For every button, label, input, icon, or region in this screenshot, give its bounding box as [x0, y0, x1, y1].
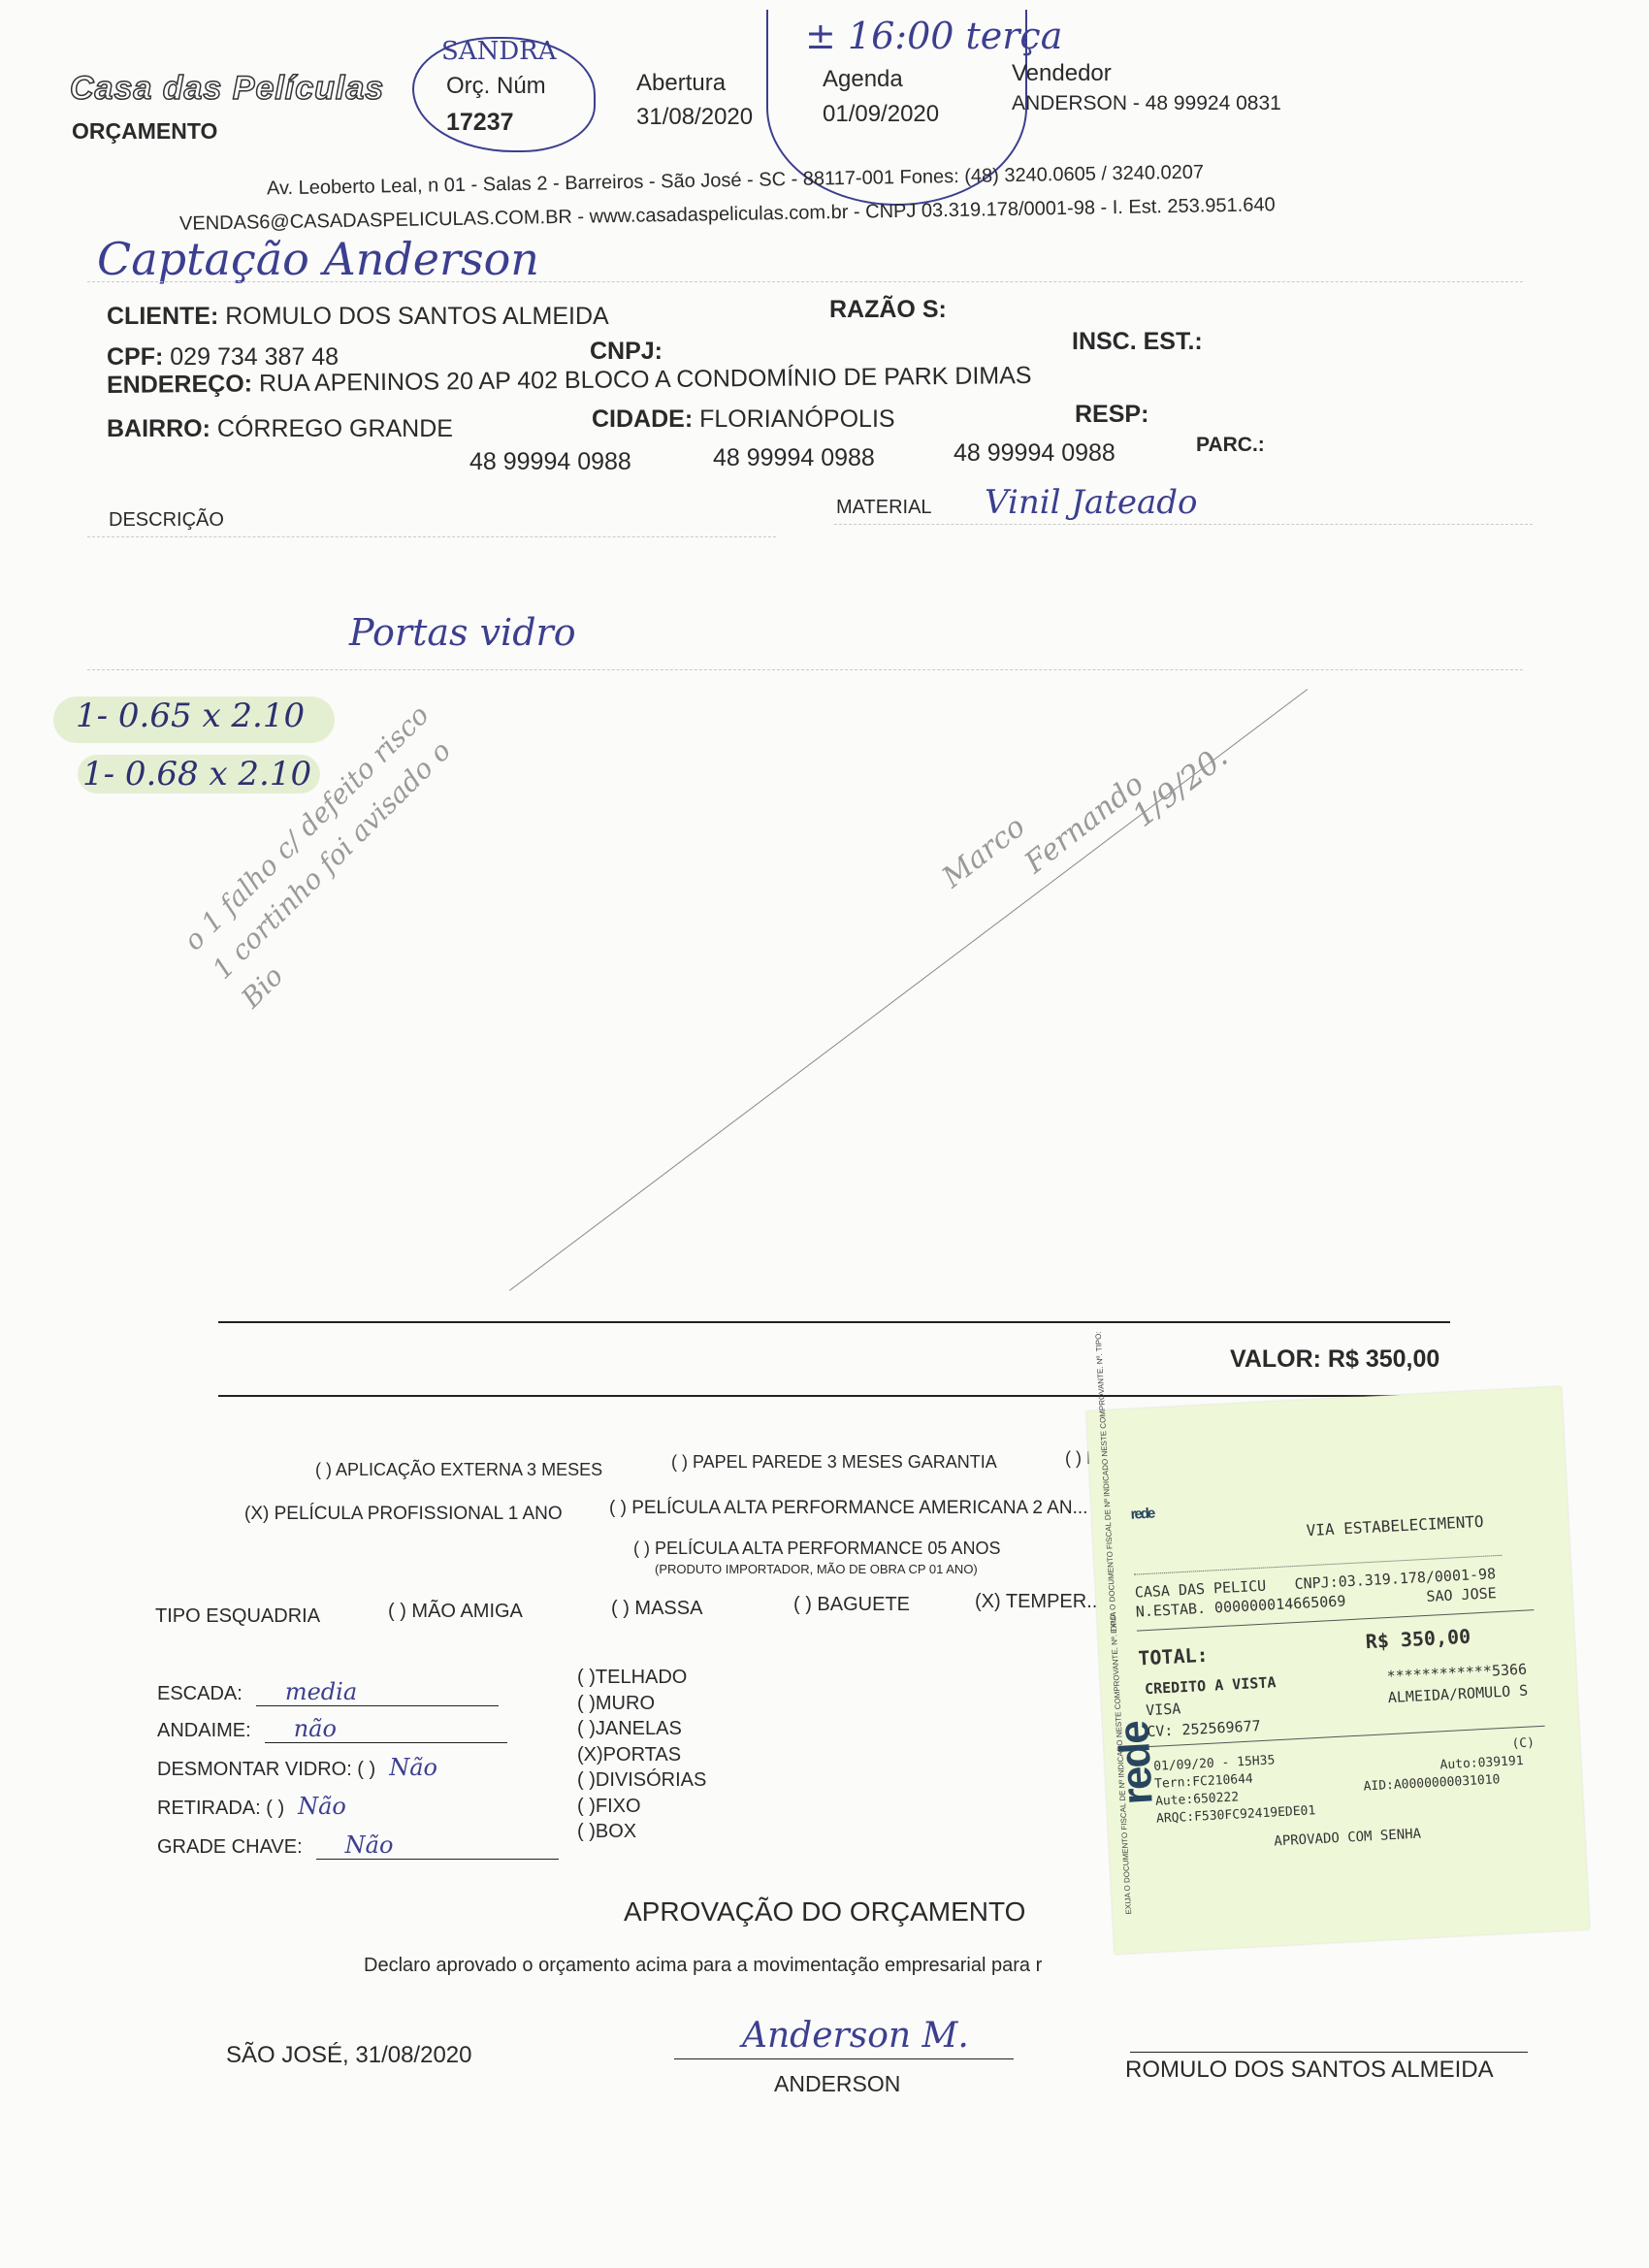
checkbox-mark[interactable]: ( ) [577, 1821, 596, 1842]
option-pelicula-americana[interactable]: ( ) PELÍCULA ALTA PERFORMANCE AMERICANA … [609, 1498, 1087, 1519]
service-field-row: GRADE CHAVE:Não [157, 1831, 559, 1860]
descricao-label: DESCRIÇÃO [109, 509, 224, 532]
divider [218, 1395, 1450, 1397]
diagonal-note-1: Marco [936, 810, 1032, 895]
divider [834, 524, 1533, 525]
receipt-card-number: ************5366 [1386, 1661, 1527, 1686]
cliente-field: CLIENTE: ROMULO DOS SANTOS ALMEIDA [107, 303, 609, 331]
receipt-auto: Auto:039191 [1439, 1754, 1524, 1772]
service-field-value[interactable]: Não [316, 1831, 559, 1860]
approval-declaration: Declaro aprovado o orçamento acima para … [364, 1955, 1042, 1977]
resp-label: RESP: [1075, 401, 1148, 429]
cliente-value: ROMULO DOS SANTOS ALMEIDA [225, 303, 608, 330]
abertura-label: Abertura [636, 70, 726, 97]
seller-signature: Anderson M. [742, 2016, 969, 2056]
cidade-value: FLORIANÓPOLIS [699, 405, 894, 433]
item-line-1: 1- 0.65 x 2.10 [76, 697, 305, 735]
service-field-label: ANDAIME: [157, 1720, 251, 1741]
service-field-value[interactable]: Não [298, 1793, 346, 1820]
signature-line [674, 2058, 1014, 2059]
location-option[interactable]: ( )FIXO [577, 1796, 641, 1818]
location-label: TELHADO [596, 1667, 687, 1688]
cpf-field: CPF: 029 734 387 48 [107, 343, 339, 372]
location-option[interactable]: ( )TELHADO [577, 1667, 687, 1689]
checkbox-mark[interactable]: ( ) [577, 1769, 596, 1791]
handwritten-portas-vidro: Portas vidro [349, 611, 576, 654]
agenda-label: Agenda [823, 66, 903, 93]
checkbox-mark[interactable]: ( ) [577, 1718, 596, 1739]
material-value: Vinil Jateado [985, 483, 1197, 522]
vendedor-value: ANDERSON - 48 99924 0831 [1012, 92, 1281, 115]
location-label: JANELAS [596, 1718, 682, 1739]
receipt-card-brand: VISA [1146, 1700, 1181, 1719]
approval-title: APROVAÇÃO DO ORÇAMENTO [624, 1896, 1025, 1928]
divider [218, 1321, 1450, 1323]
option-pelicula-profissional-checked[interactable]: (X) PELÍCULA PROFISSIONAL 1 ANO [244, 1504, 563, 1525]
service-field-label: ESCADA: [157, 1683, 242, 1704]
esquadria-massa[interactable]: ( ) MASSA [611, 1598, 702, 1620]
location-label: FIXO [596, 1796, 641, 1817]
option-aplicacao-externa[interactable]: ( ) APLICAÇÃO EXTERNA 3 MESES [315, 1460, 602, 1480]
checkbox-mark[interactable]: ( ) [577, 1796, 596, 1817]
receipt-term: Tern:FC210644 [1154, 1772, 1253, 1792]
receipt-via: VIA ESTABELECIMENTO [1306, 1512, 1484, 1540]
service-field-value[interactable]: não [265, 1715, 507, 1743]
receipt-datetime: 01/09/20 - 15H35 [1153, 1753, 1276, 1774]
service-field-row: DESMONTAR VIDRO: ( )Não [157, 1754, 437, 1781]
document-type: ORÇAMENTO [72, 118, 217, 145]
agenda-date: 01/09/2020 [823, 101, 939, 128]
cpf-value: 029 734 387 48 [170, 343, 339, 371]
valor-total: VALOR: R$ 350,00 [1230, 1345, 1439, 1374]
service-field-value[interactable]: media [256, 1678, 499, 1706]
location-option[interactable]: ( )JANELAS [577, 1718, 682, 1740]
razao-social-label: RAZÃO S: [829, 296, 947, 324]
company-logo: Casa das Películas [70, 70, 384, 108]
divider [87, 281, 1523, 282]
client-name: ROMULO DOS SANTOS ALMEIDA [1125, 2057, 1494, 2084]
phone-3: 48 99994 0988 [954, 439, 1115, 468]
location-label: BOX [596, 1821, 636, 1842]
orc-number: 17237 [446, 109, 514, 137]
parc-label: PARC.: [1196, 434, 1265, 457]
abertura-date: 31/08/2020 [636, 104, 753, 131]
rede-logo: rede [1130, 1506, 1154, 1523]
service-field-label: GRADE CHAVE: [157, 1836, 303, 1858]
cidade-field: CIDADE: FLORIANÓPOLIS [592, 405, 895, 434]
receipt-total-value: R$ 350,00 [1365, 1625, 1471, 1654]
divider [87, 669, 1523, 670]
location-label: MURO [596, 1693, 655, 1714]
place-date: SÃO JOSÉ, 31/08/2020 [226, 2042, 472, 2069]
option-pelicula-5-anos-note: (PRODUTO IMPORTADOR, MÃO DE OBRA CP 01 A… [655, 1562, 978, 1576]
receipt-cv: CV: 252569677 [1147, 1717, 1261, 1740]
location-label: PORTAS [603, 1744, 681, 1766]
location-option[interactable]: ( )BOX [577, 1821, 636, 1843]
receipt-c-mark: (C) [1511, 1735, 1535, 1751]
endereco-value: RUA APENINOS 20 AP 402 BLOCO A CONDOMÍNI… [259, 362, 1032, 397]
orc-number-label: Orç. Núm [446, 73, 546, 100]
service-field-label: RETIRADA: ( ) [157, 1798, 284, 1819]
receipt-payment-type: CREDITO A VISTA [1145, 1673, 1277, 1698]
handwritten-time-note: ± 16:00 terça [805, 15, 1062, 57]
option-pelicula-5-anos[interactable]: ( ) PELÍCULA ALTA PERFORMANCE 05 ANOS [633, 1539, 1000, 1559]
receipt-status: APROVADO COM SENHA [1274, 1827, 1421, 1850]
receipt-side-text: EXIJA O DOCUMENTO FISCAL DE Nº INDICADO … [1094, 1331, 1118, 1634]
insc-est-label: INSC. EST.: [1072, 328, 1203, 356]
phone-1: 48 99994 0988 [469, 448, 631, 476]
service-field-label: DESMONTAR VIDRO: ( ) [157, 1759, 375, 1780]
handwritten-sandra: SANDRA [441, 37, 557, 66]
tipo-esquadria-label: TIPO ESQUADRIA [155, 1605, 320, 1628]
checkbox-mark[interactable]: ( ) [577, 1667, 596, 1688]
location-option[interactable]: ( )MURO [577, 1693, 655, 1715]
location-label: DIVISÓRIAS [596, 1769, 706, 1791]
receipt-total-label: TOTAL: [1138, 1643, 1209, 1670]
option-papel-parede[interactable]: ( ) PAPEL PAREDE 3 MESES GARANTIA [671, 1452, 997, 1473]
esquadria-baguete[interactable]: ( ) BAGUETE [793, 1594, 910, 1616]
phone-2: 48 99994 0988 [713, 444, 875, 472]
location-option[interactable]: (X)PORTAS [577, 1744, 681, 1766]
location-option[interactable]: ( )DIVISÓRIAS [577, 1769, 706, 1792]
vendedor-label: Vendedor [1012, 60, 1112, 87]
receipt-aute: Aute:650222 [1155, 1790, 1240, 1808]
bairro-field: BAIRRO: CÓRREGO GRANDE [107, 415, 453, 443]
diagonal-note-2: Fernando [1018, 767, 1150, 881]
receipt-city: SAO JOSE [1426, 1584, 1497, 1605]
contact-line: VENDAS6@CASADASPELICULAS.COM.BR - www.ca… [179, 194, 1276, 236]
material-label: MATERIAL [836, 497, 932, 519]
esquadria-mao-amiga[interactable]: ( ) MÃO AMIGA [388, 1601, 523, 1623]
service-field-row: ESCADA:media [157, 1678, 499, 1706]
service-field-value[interactable]: Não [389, 1754, 437, 1781]
item-line-2: 1- 0.68 x 2.10 [82, 755, 311, 794]
service-field-row: ANDAIME:não [157, 1715, 507, 1743]
receipt-holder: ALMEIDA/ROMULO S [1387, 1682, 1528, 1707]
receipt-aid: AID:A0000000031010 [1363, 1772, 1500, 1794]
card-receipt: EXIJA O DOCUMENTO FISCAL DE Nº INDICADO … [1086, 1386, 1590, 1954]
handwritten-captacao-note: Captação Anderson [97, 233, 539, 285]
address-line: Av. Leoberto Leal, n 01 - Salas 2 - Barr… [267, 162, 1204, 201]
service-field-row: RETIRADA: ( )Não [157, 1793, 346, 1820]
cnpj-label: CNPJ: [590, 338, 663, 366]
checkbox-mark[interactable]: ( ) [577, 1693, 596, 1714]
signature-line [1130, 2052, 1528, 2053]
seller-name: ANDERSON [774, 2071, 900, 2097]
esquadria-temperado-checked[interactable]: (X) TEMPER... [975, 1591, 1103, 1613]
bairro-value: CÓRREGO GRANDE [217, 415, 453, 442]
divider [87, 536, 776, 537]
checkbox-mark[interactable]: (X) [577, 1744, 603, 1766]
